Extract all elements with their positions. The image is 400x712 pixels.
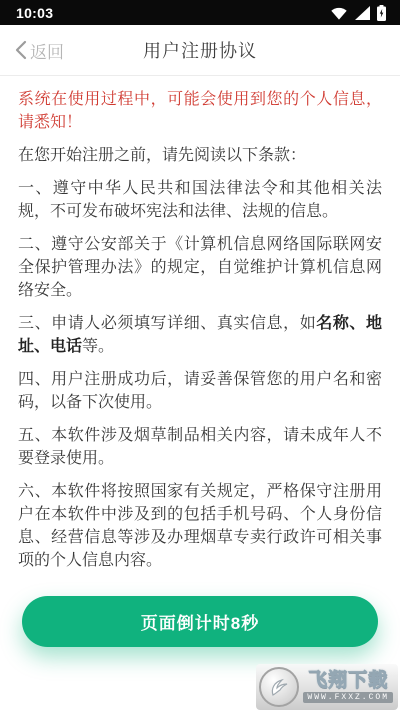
status-time: 10:03 [16,5,53,21]
clause-3-text-before: 三、申请人必须填写详细、真实信息，如 [18,315,316,332]
clause-3: 三、申请人必须填写详细、真实信息，如名称、地址、电话等。 [18,312,382,358]
wifi-icon [330,6,348,20]
cellular-signal-icon [355,6,370,20]
clause-6: 六、本软件将按照国家有关规定，严格保守注册用户在本软件中涉及到的包括手机号码、个… [18,480,382,572]
back-button[interactable]: 返回 [8,25,70,75]
watermark-text: 飞翔下载 WWW.FXXZ.COM [303,671,393,703]
page-title: 用户注册协议 [143,37,257,63]
chevron-left-icon [14,40,28,60]
nav-bar: 返回 用户注册协议 [0,25,400,76]
back-label: 返回 [30,38,64,63]
agreement-content: 系统在使用过程中，可能会使用到您的个人信息，请悉知！ 在您开始注册之前，请先阅读… [0,76,400,596]
privacy-warning-text: 系统在使用过程中，可能会使用到您的个人信息，请悉知！ [18,88,382,134]
clause-3-text-after: 等。 [82,338,114,355]
countdown-button[interactable]: 页面倒计时8秒 [22,596,378,647]
app-screen: 10:03 返回 用户注册协议 系统在使用过程中，可能会使用到您的个人信 [0,0,400,712]
status-bar: 10:03 [0,0,400,25]
battery-charging-icon [377,5,386,21]
clause-4: 四、用户注册成功后，请妥善保管您的用户名和密码，以备下次使用。 [18,368,382,414]
watermark: 飞翔下载 WWW.FXXZ.COM [256,664,398,710]
watermark-site-name: 飞翔下载 [308,671,388,691]
clause-2: 二、遵守公安部关于《计算机信息网络国际联网安全保护管理办法》的规定，自觉维护计算… [18,233,382,302]
status-icons [330,5,386,21]
clause-1: 一、遵守中华人民共和国法律法令和其他相关法规，不可发布破坏宪法和法律、法规的信息… [18,177,382,223]
watermark-site-url: WWW.FXXZ.COM [303,692,393,703]
clause-5: 五、本软件涉及烟草制品相关内容，请未成年人不要登录使用。 [18,424,382,470]
intro-text: 在您开始注册之前，请先阅读以下条款： [18,144,382,167]
fxxz-logo-icon [259,667,299,707]
